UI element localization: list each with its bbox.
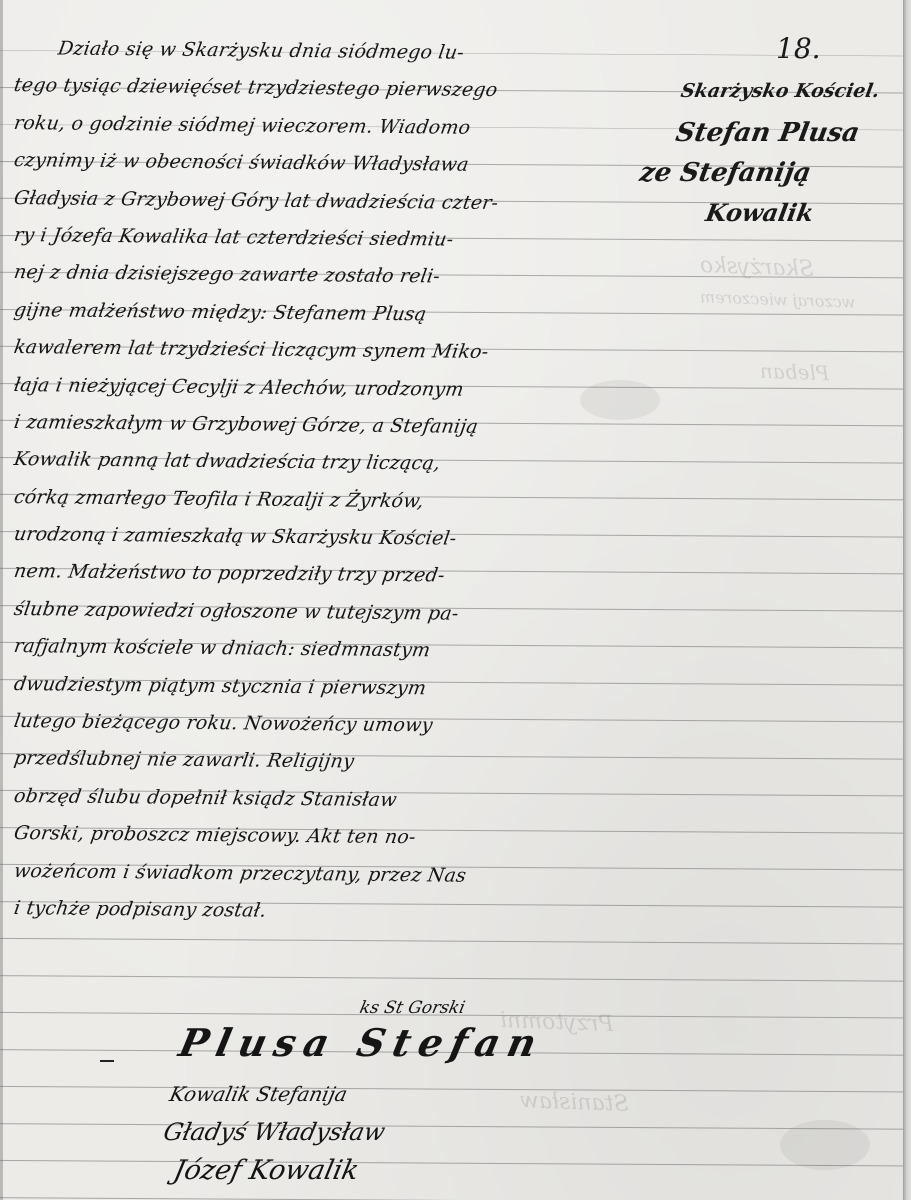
bleed-through-text: Skarżysko: [700, 253, 815, 282]
signature-groom: Plusa Stefan: [175, 1020, 548, 1065]
act-number: 18.: [776, 32, 821, 65]
margin-place: Skarżysko Kościel.: [679, 80, 881, 102]
page-left-edge: [0, 0, 3, 1200]
margin-bride-surname: Kowalik: [703, 198, 816, 227]
margin-bride-given-name: ze Stefaniją: [637, 158, 813, 188]
paper-smudge: [780, 1120, 870, 1170]
bleed-through-text: wczoraj wieczorem: [700, 287, 856, 311]
body-line: Gorski, proboszcz miejscowy. Akt ten no-: [11, 815, 667, 859]
body-line: kawalerem lat trzydzieści liczącym synem…: [11, 329, 667, 373]
signature-dash: [100, 1060, 114, 1062]
body-line: czynimy iż w obecności świadków Władysła…: [11, 142, 667, 186]
body-line: Kowalik panną lat dwadzieścia trzy liczą…: [11, 441, 667, 485]
body-line: i tychże podpisany został.: [11, 890, 667, 934]
page-right-edge: [903, 0, 911, 1200]
margin-groom: Stefan Plusa: [673, 118, 861, 148]
body-line: nej z dnia dzisiejszego zawarte zostało …: [11, 254, 667, 298]
signature-priest: ks St Gorski: [358, 998, 467, 1018]
record-page: Skarżysko wczoraj wieczorem Pleban Przyt…: [0, 0, 911, 1200]
record-body: Działo się w Skarżysku dnia siódmego lu-…: [14, 30, 664, 927]
signature-bride: Kowalik Stefanija: [167, 1082, 349, 1106]
signatures-block: ks St Gorski Plusa Stefan Kowalik Stefan…: [150, 990, 630, 1190]
body-line: tego tysiąc dziewięćset trzydziestego pi…: [11, 67, 667, 111]
body-line: rafjalnym kościele w dniach: siedmnastym: [11, 628, 667, 672]
signature-witness-2: Józef Kowalik: [171, 1155, 362, 1186]
body-line: przedślubnej nie zawarli. Religijny: [11, 740, 667, 784]
signature-witness-1: Gładyś Władysław: [161, 1118, 388, 1146]
bleed-through-text: Pleban: [760, 359, 830, 385]
